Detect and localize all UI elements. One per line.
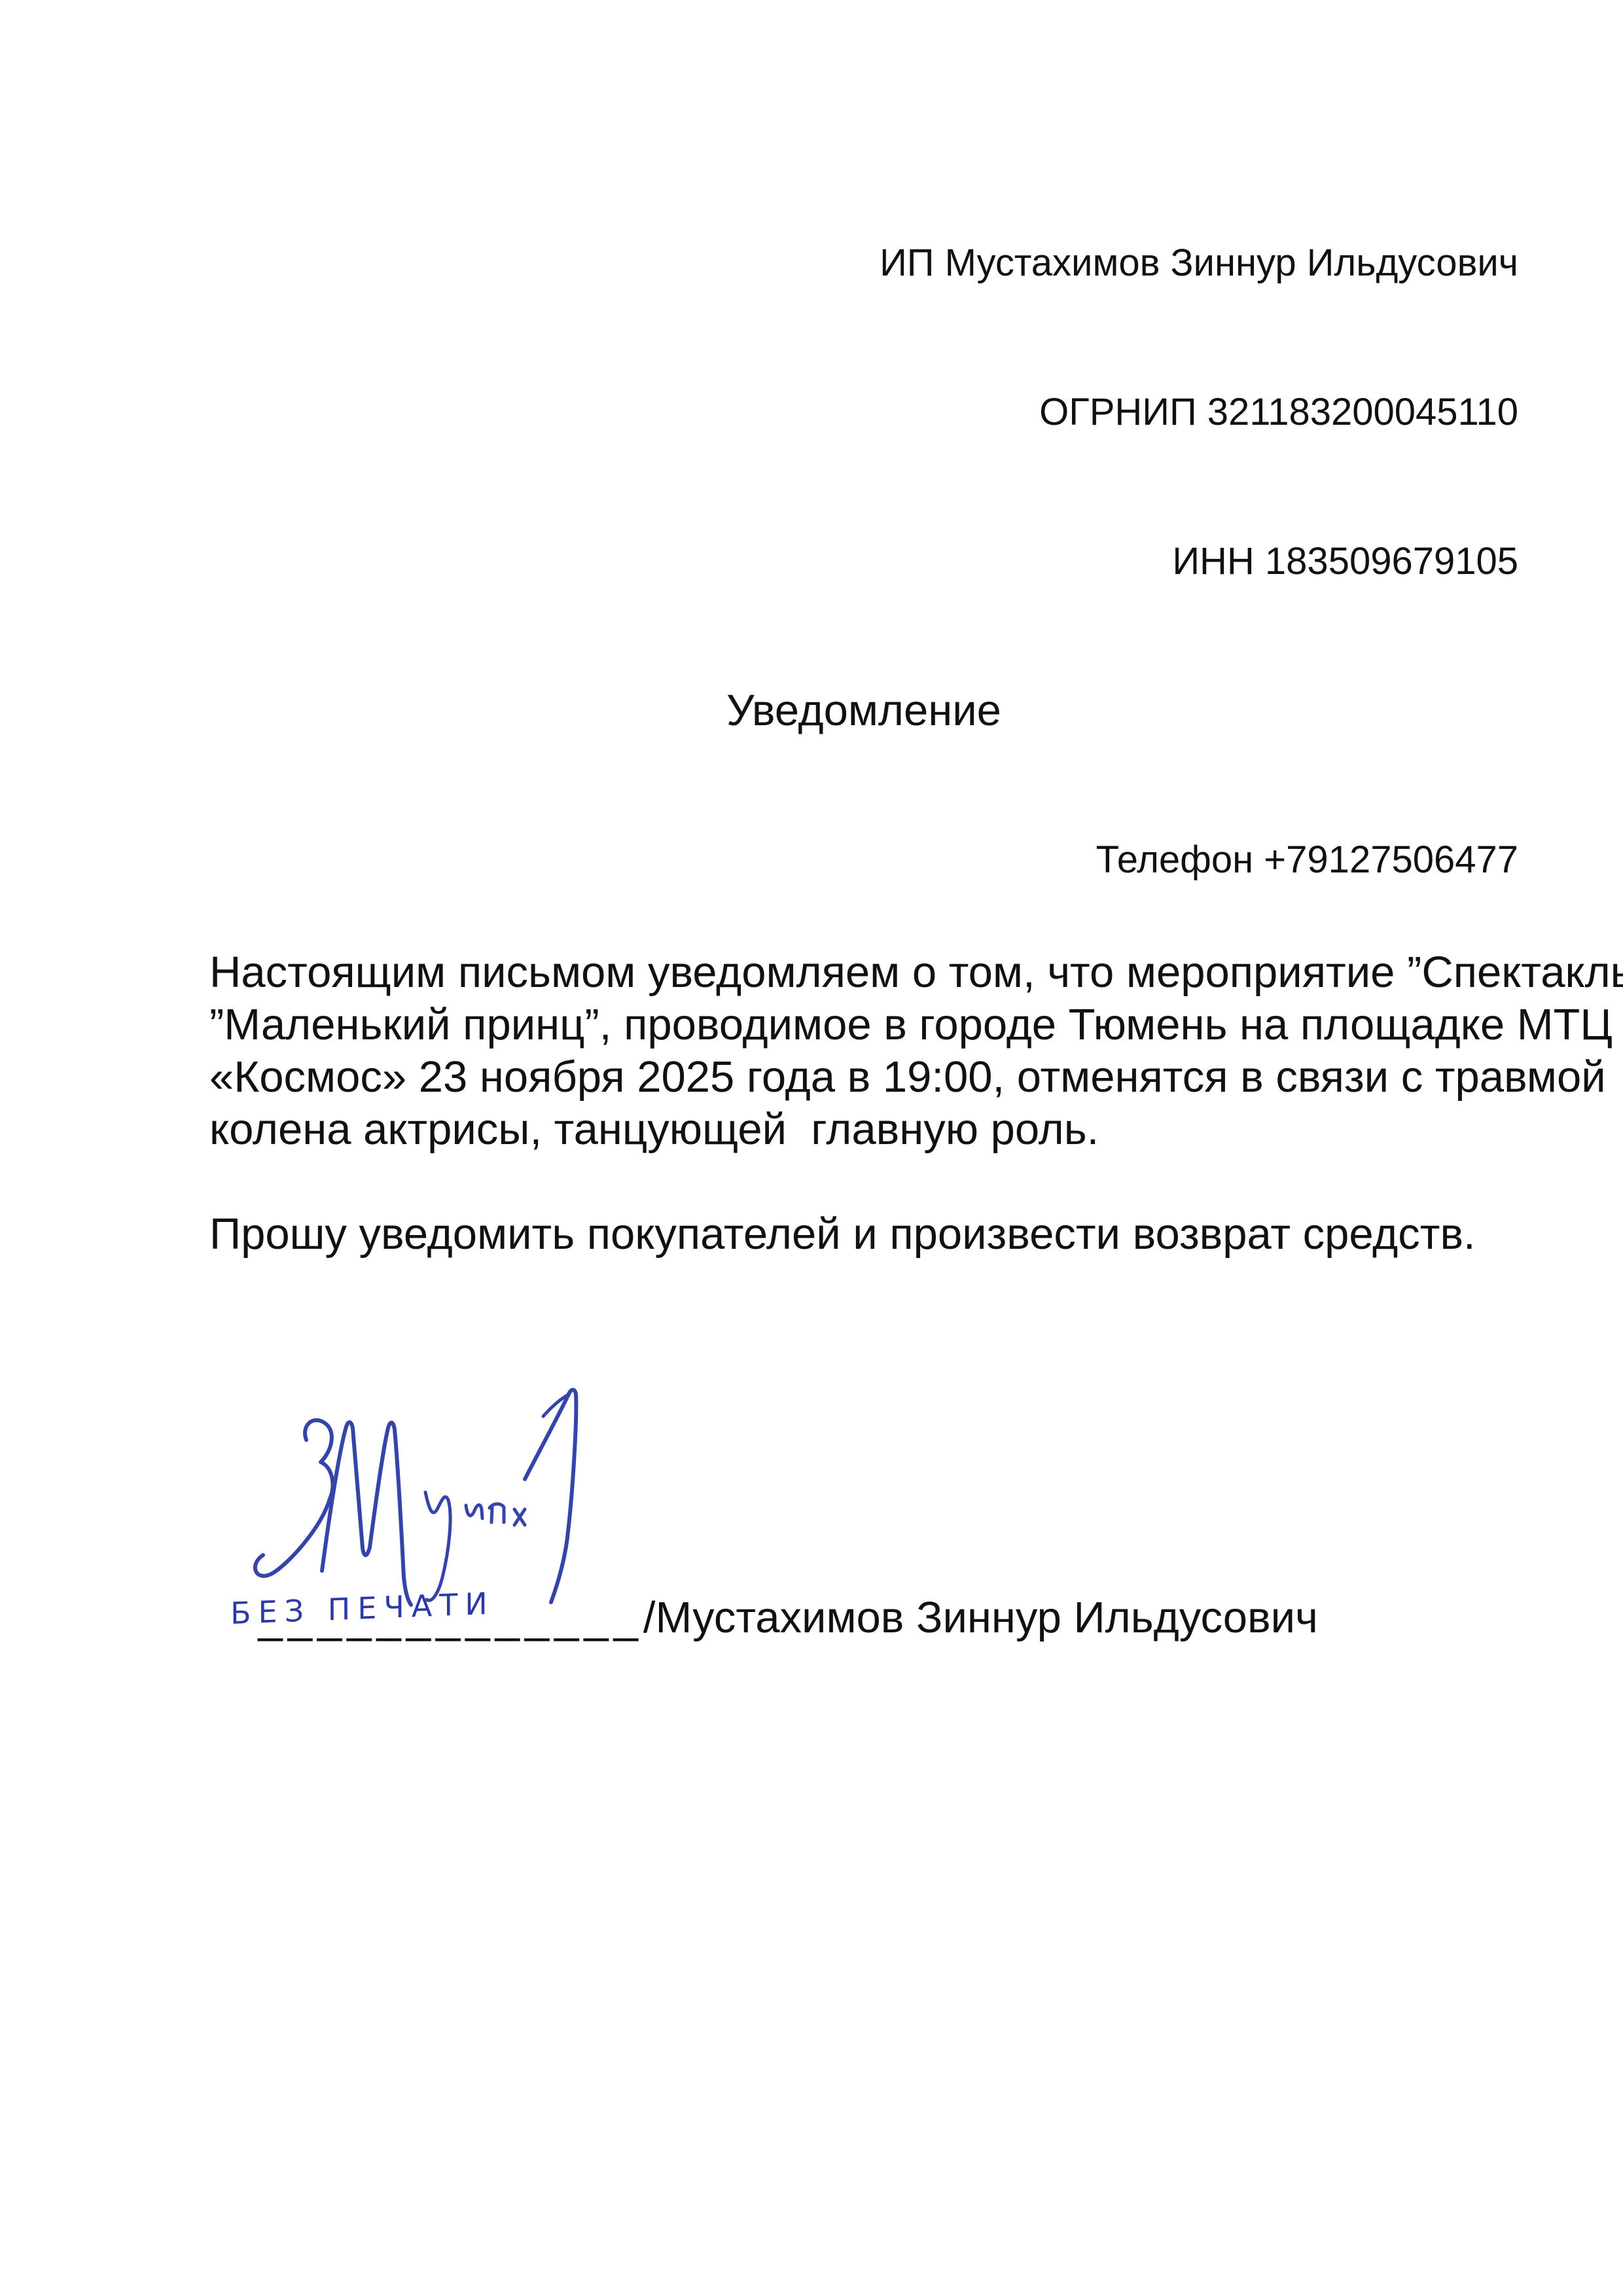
body-line-2: ”Маленький принц”, проводимое в городе Т…: [209, 999, 1538, 1051]
header-line-ogrnip: ОГРНИП 321183200045110: [880, 387, 1518, 437]
header-line-inn: ИНН 183509679105: [880, 537, 1518, 586]
letter-page: ИП Мустахимов Зиннур Ильдусович ОГРНИП 3…: [0, 0, 1623, 2296]
header-requisites: ИП Мустахимов Зиннур Ильдусович ОГРНИП 3…: [880, 139, 1518, 984]
signer-name: /Мустахимов Зиннур Ильдусович: [643, 1593, 1318, 1642]
letter-body: Настоящим письмом уведомляем о том, что …: [209, 946, 1538, 1261]
body-line-4: колена актрисы, танцующей главную роль.: [209, 1103, 1538, 1156]
header-line-entrepreneur: ИП Мустахимов Зиннур Ильдусович: [880, 238, 1518, 288]
body-line-1: Настоящим письмом уведомляем о том, что …: [209, 946, 1538, 999]
header-line-phone: Телефон +79127506477: [880, 835, 1518, 885]
body-paragraph-1: Настоящим письмом уведомляем о том, что …: [209, 946, 1538, 1156]
body-line-3: «Космос» 23 ноября 2025 года в 19:00, от…: [209, 1051, 1538, 1103]
body-paragraph-2: Прошу уведомить покупателей и произвести…: [209, 1208, 1538, 1261]
document-title: Уведомление: [209, 685, 1518, 737]
